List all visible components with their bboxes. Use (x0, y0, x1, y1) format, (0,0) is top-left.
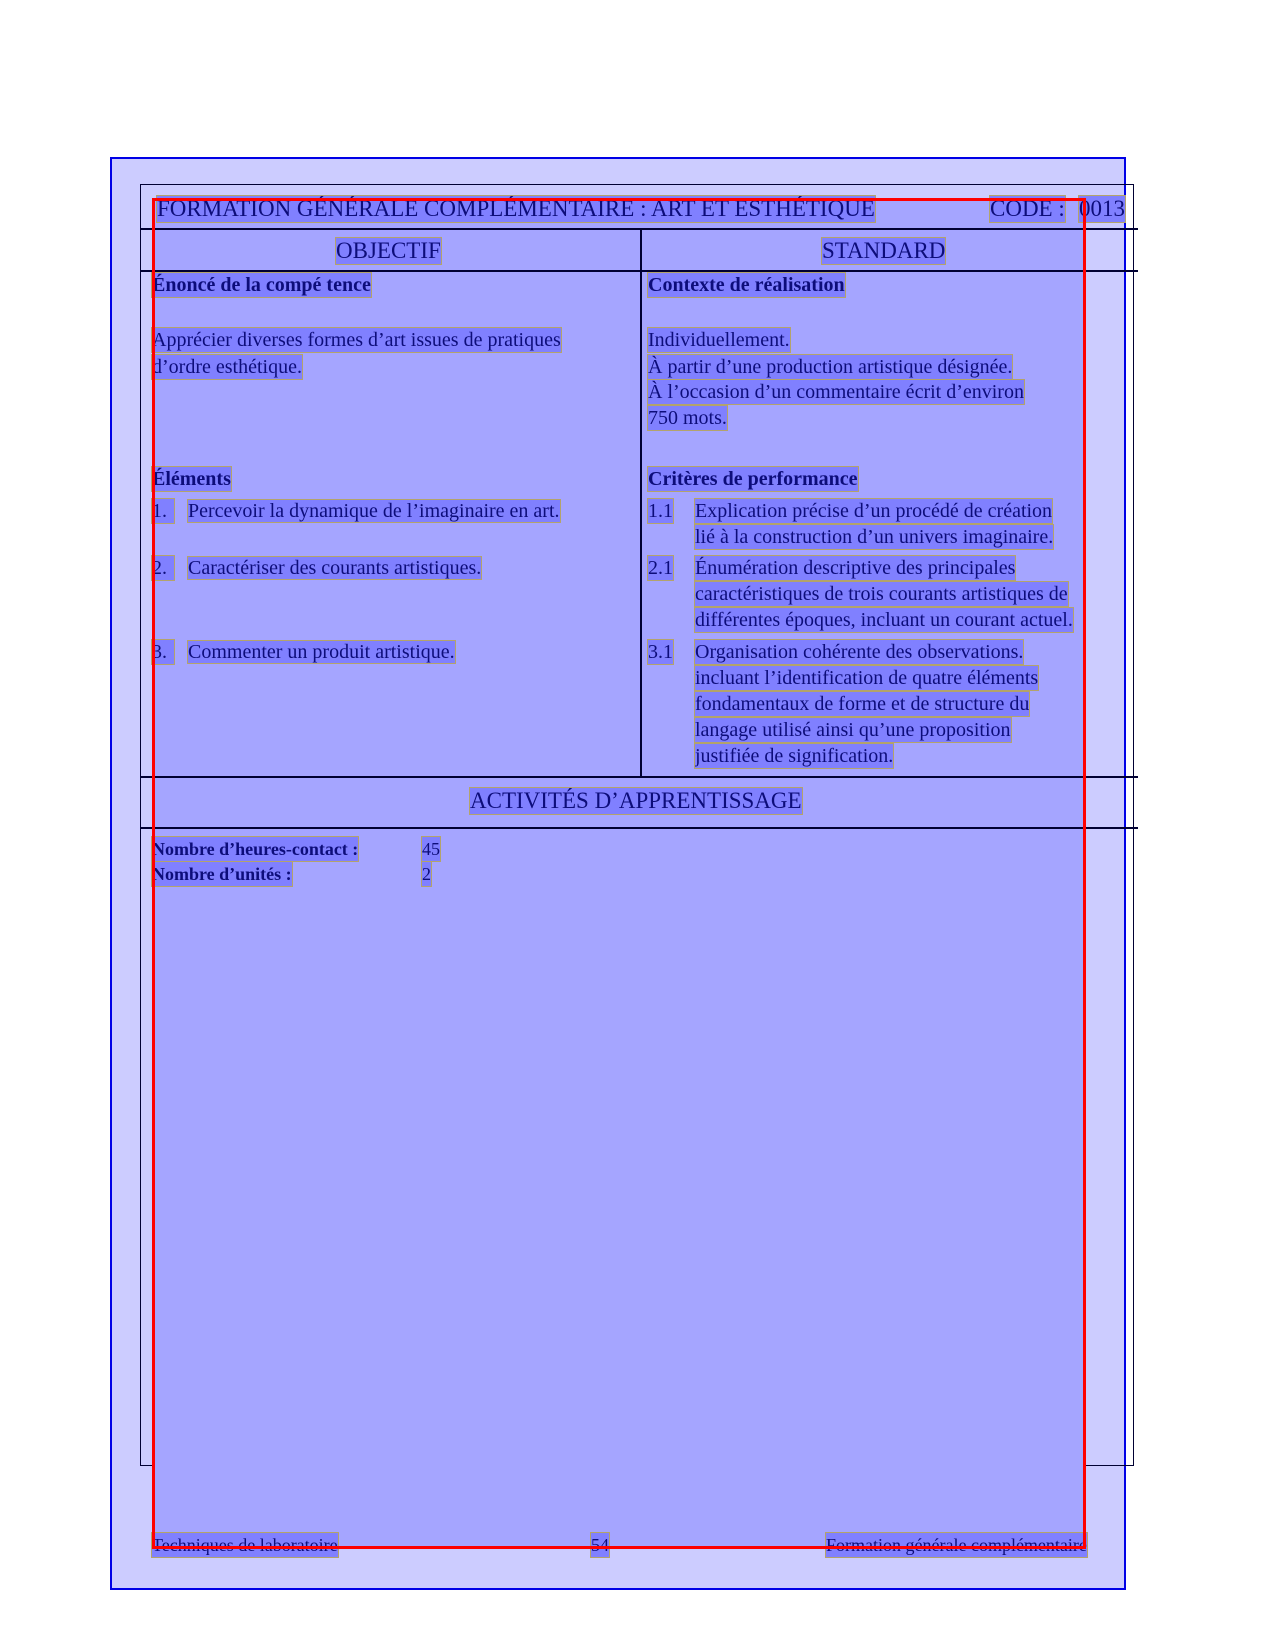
criteria-heading: Critères de performance (648, 467, 858, 491)
criterion-line: Énumération descriptive des principales (695, 556, 1015, 580)
contact-hours-value: 45 (422, 837, 440, 861)
divider (140, 776, 1138, 778)
criterion-number: 2.1 (648, 556, 673, 580)
context-line: À l’occasion d’un commentaire écrit d’en… (648, 380, 1024, 404)
course-code-label: CODE : (990, 196, 1065, 222)
criterion-line: Organisation cohérente des observations. (695, 640, 1023, 664)
page-number: 54 (591, 1533, 609, 1557)
criterion-number: 3.1 (648, 640, 673, 664)
units-value: 2 (422, 862, 431, 886)
elements-heading: Éléments (152, 467, 231, 491)
criterion-number: 1.1 (648, 499, 673, 523)
context-heading: Contexte de réalisation (648, 273, 845, 297)
footer-section: Formation générale complémentaire (826, 1533, 1087, 1557)
context-line: Individuellement. (648, 328, 790, 352)
competence-line: d’ordre esthétique. (152, 355, 302, 379)
standard-column-header: STANDARD (822, 238, 945, 264)
divider (140, 270, 1138, 272)
course-title: FORMATION GÉNÉRALE COMPLÉMENTAIRE : ART … (157, 196, 875, 222)
element-number: 1. (152, 499, 174, 523)
element-text: Commenter un produit artistique. (188, 641, 455, 663)
divider (140, 827, 1138, 829)
criterion-line: incluant l’identification de quatre élém… (695, 666, 1038, 690)
criterion-line: caractéristiques de trois courants artis… (695, 582, 1068, 606)
divider (140, 228, 1138, 230)
competence-line: Apprécier diverses formes d’art issues d… (152, 328, 561, 352)
criterion-line: fondamentaux de forme et de structure du (695, 692, 1029, 716)
context-line: À partir d’une production artistique dés… (648, 355, 1012, 379)
criterion-line: justifiée de signification. (695, 744, 893, 768)
element-number: 2. (152, 556, 174, 580)
criterion-line: lié à la construction d’un univers imagi… (695, 525, 1053, 549)
activities-heading: ACTIVITÉS D’APPRENTISSAGE (470, 788, 802, 814)
element-item: 2.Caractériser des courants artistiques. (152, 556, 481, 580)
element-number: 3. (152, 640, 174, 664)
element-text: Caractériser des courants artistiques. (188, 557, 481, 579)
element-item: 3.Commenter un produit artistique. (152, 640, 455, 664)
context-line: 750 mots. (648, 406, 727, 430)
column-divider (640, 228, 642, 776)
footer-program: Techniques de laboratoire (152, 1533, 338, 1557)
competence-heading: Énoncé de la compé tence (152, 273, 371, 297)
course-code-value: 0013 (1079, 196, 1125, 222)
criterion-line: langage utilisé ainsi qu’une proposition (695, 718, 1011, 742)
units-label: Nombre d’unités : (152, 862, 292, 886)
contact-hours-label: Nombre d’heures-contact : (152, 837, 358, 861)
criterion-line: Explication précise d’un procédé de créa… (695, 499, 1052, 523)
objective-column-header: OBJECTIF (336, 238, 441, 264)
criterion-line: différentes époques, incluant un courant… (695, 608, 1073, 632)
element-item: 1.Percevoir la dynamique de l’imaginaire… (152, 499, 560, 523)
element-text: Percevoir la dynamique de l’imaginaire e… (188, 500, 560, 522)
